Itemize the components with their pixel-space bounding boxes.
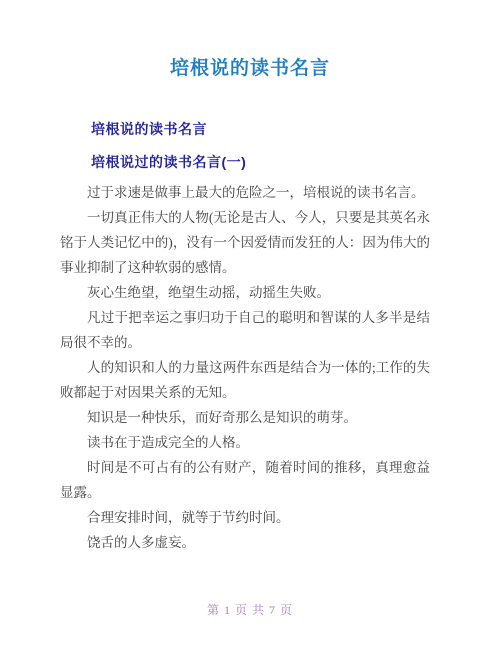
- paragraph: 过于求速是做事上最大的危险之一，培根说的读书名言。: [60, 180, 430, 205]
- section-heading-2: 培根说过的读书名言(一): [60, 154, 430, 171]
- paragraph: 合理安排时间，就等于节约时间。: [60, 505, 430, 530]
- paragraph: 灰心生绝望，绝望生动摇，动摇生失败。: [60, 280, 430, 305]
- paragraph: 凡过于把幸运之事归功于自己的聪明和智谋的人多半是结局很不幸的。: [60, 305, 430, 355]
- paragraph: 饶舌的人多虚妄。: [60, 530, 430, 555]
- page-number: 第 1 页 共 7 页: [0, 602, 500, 618]
- document-content: 培根说的读书名言 培根说过的读书名言(一) 过于求速是做事上最大的危险之一，培根…: [60, 121, 430, 555]
- section-heading-1: 培根说的读书名言: [60, 121, 430, 138]
- paragraph: 知识是一种快乐，而好奇那么是知识的萌芽。: [60, 405, 430, 430]
- paragraph: 一切真正伟大的人物(无论是古人、今人，只要是其英名永铭于人类记忆中的)，没有一个…: [60, 205, 430, 280]
- paragraph-list: 过于求速是做事上最大的危险之一，培根说的读书名言。一切真正伟大的人物(无论是古人…: [60, 180, 430, 555]
- paragraph: 读书在于造成完全的人格。: [60, 430, 430, 455]
- document-page: 培根说的读书名言 培根说的读书名言 培根说过的读书名言(一) 过于求速是做事上最…: [0, 0, 500, 647]
- document-title: 培根说的读书名言: [0, 0, 500, 80]
- paragraph: 人的知识和人的力量这两件东西是结合为一体的;工作的失败都起于对因果关系的无知。: [60, 355, 430, 405]
- paragraph: 时间是不可占有的公有财产，随着时间的推移，真理愈益显露。: [60, 455, 430, 505]
